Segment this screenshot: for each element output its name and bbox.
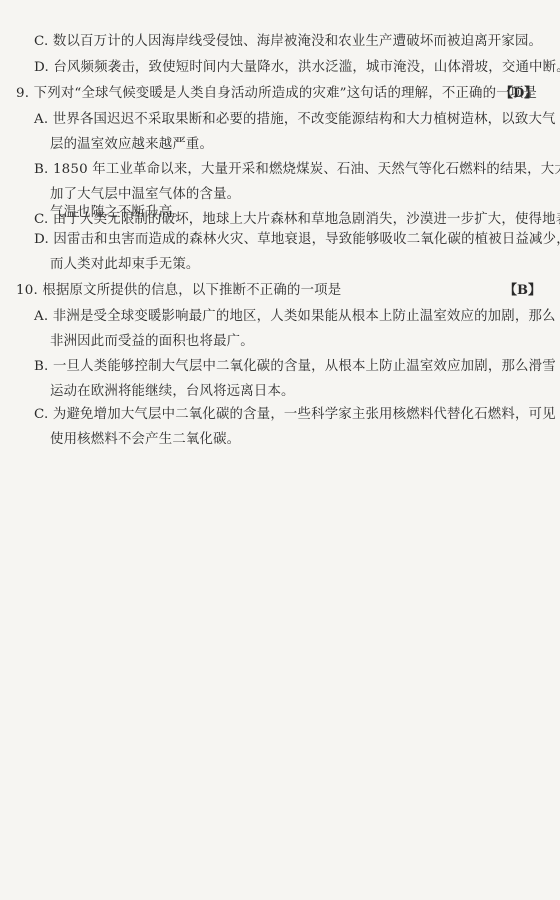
exam-page: C. 数以百万计的人因海岸线受侵蚀、海岸被淹没和农业生产遭破坏而被迫离开家园。 … <box>0 0 560 900</box>
q9-option-a-cont: 层的温室效应越来越严重。 <box>50 137 213 153</box>
q10-option-b: B. 一旦人类能够控制大气层中二氧化碳的含量，从根本上防止温室效应加剧，那么滑雪 <box>34 359 556 375</box>
q9-option-b: B. 1850 年工业革命以来，大量开采和燃烧煤炭、石油、天然气等化石燃料的结果… <box>34 162 560 178</box>
q10-option-c: C. 为避免增加大气层中二氧化碳的含量，一些科学家主张用核燃料代替化石燃料，可见 <box>34 407 556 423</box>
q10-option-a-cont: 非洲因此而受益的面积也将最广。 <box>50 334 254 350</box>
q8-option-d: D. 台风频频袭击，致使短时间内大量降水，洪水泛滥，城市淹没，山体滑坡，交通中断… <box>34 60 560 76</box>
q9-option-d-cont: 而人类对此却束手无策。 <box>50 257 200 273</box>
q9-stem: 9. 下列对“全球气候变暖是人类自身活动所造成的灾难”这句话的理解，不正确的一项… <box>16 86 537 102</box>
q9-answer: 【D】 <box>500 86 537 102</box>
q10-option-a: A. 非洲是受全球变暖影响最广的地区，人类如果能从根本上防止温室效应的加剧，那么 <box>34 309 556 325</box>
q10-option-b-cont: 运动在欧洲将能继续，台风将远离日本。 <box>50 384 295 400</box>
q10-option-c-cont: 使用核燃料不会产生二氧化碳。 <box>50 432 240 448</box>
q9-option-b-cont: 加了大气层中温室气体的含量。 <box>50 187 240 203</box>
q9-option-d: D. 因雷击和虫害而造成的森林火灾、草地衰退，导致能够吸收二氧化碳的植被日益减少… <box>34 232 560 248</box>
q8-option-c: C. 数以百万计的人因海岸线受侵蚀、海岸被淹没和农业生产遭破坏而被迫离开家园。 <box>34 34 542 50</box>
q10-answer: 【B】 <box>504 283 541 299</box>
q9-option-a: A. 世界各国迟迟不采取果断和必要的措施，不改变能源结构和大力植树造林，以致大气 <box>34 112 556 128</box>
q10-stem: 10. 根据原文所提供的信息，以下推断不正确的一项是 <box>16 283 341 299</box>
q9-option-c-cont: 气温也随之不断升高。 <box>50 205 186 221</box>
